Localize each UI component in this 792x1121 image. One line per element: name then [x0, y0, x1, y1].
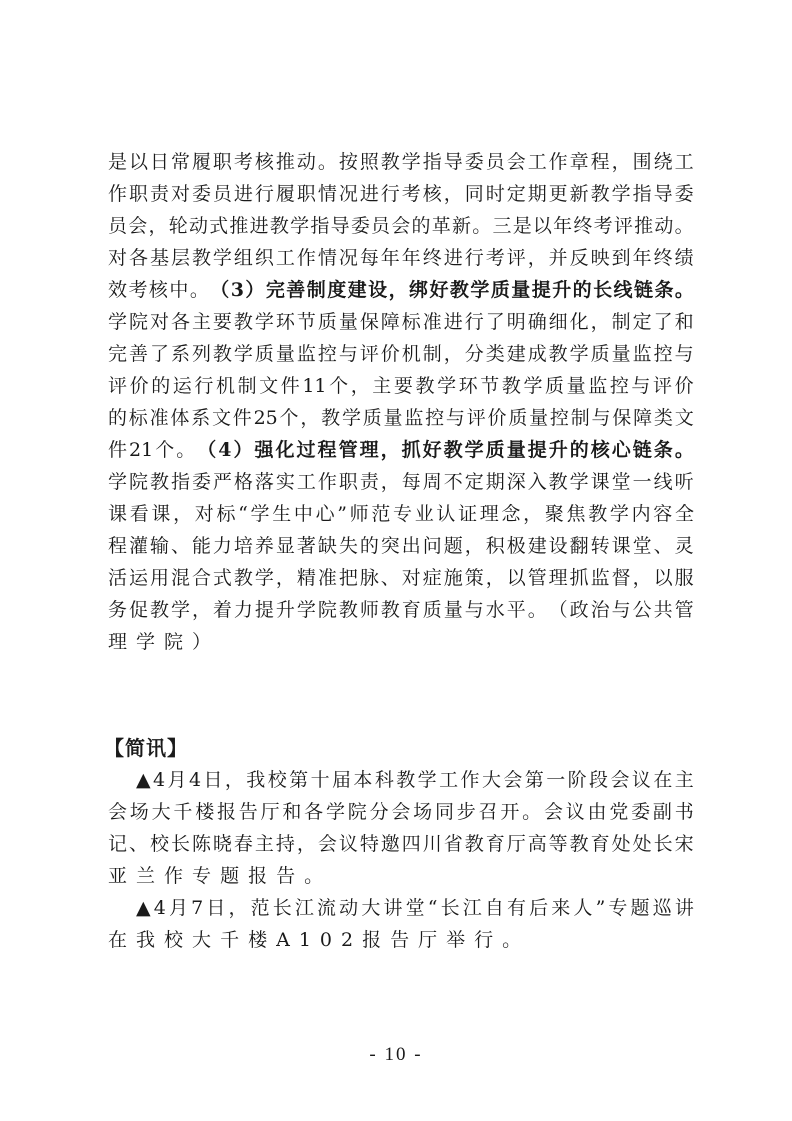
news-heading: 【简讯】 [104, 732, 188, 764]
news-item-line: 会场大千楼报告厅和各学院分会场同步召开。会议由党委副书 [108, 796, 694, 828]
body-text-line: 的标准体系文件25个，教学质量监控与评价质量控制与保障类文 [108, 402, 694, 434]
body-text-line: 学院对各主要教学环节质量保障标准进行了明确细化，制定了和 [108, 306, 694, 338]
body-text-line: 评价的运行机制文件11个，主要教学环节教学质量监控与评价 [108, 370, 694, 402]
news-item-line: 记、校长陈晓春主持，会议特邀四川省教育厅高等教育处处长宋 [108, 828, 694, 860]
news-item-line: 亚兰作专题报告。 [108, 860, 694, 892]
body-text-line: 程灌输、能力培养显著缺失的突出问题，积极建设翻转课堂、灵 [108, 530, 694, 562]
document-page: 是以日常履职考核推动。按照教学指导委员会工作章程，围绕工作职责对委员进行履职情况… [0, 0, 792, 1121]
body-text-line: 理学院） [108, 626, 694, 658]
body-text-line: 活运用混合式教学，精准把脉、对症施策，以管理抓监督，以服 [108, 562, 694, 594]
body-text-line: 作职责对委员进行履职情况进行考核，同时定期更新教学指导委 [108, 178, 694, 210]
body-text-line: 员会，轮动式推进教学指导委员会的革新。三是以年终考评推动。 [108, 210, 694, 242]
body-text-line: 课看课，对标“学生中心”师范专业认证理念，聚焦教学内容全 [108, 498, 694, 530]
news-item-line: ▲4月4日，我校第十届本科教学工作大会第一阶段会议在主 [136, 764, 694, 796]
body-text-line: 对各基层教学组织工作情况每年年终进行考评，并反映到年终绩 [108, 242, 694, 274]
body-text-line: 务促教学，着力提升学院教师教育质量与水平。（政治与公共管 [108, 594, 694, 626]
body-text-line: 是以日常履职考核推动。按照教学指导委员会工作章程，围绕工 [108, 146, 694, 178]
body-text-line: 件21个。（4）强化过程管理，抓好教学质量提升的核心链条。 [108, 434, 694, 466]
body-text-line: 效考核中。（3）完善制度建设，绑好教学质量提升的长线链条。 [108, 274, 694, 306]
news-item-line: 在我校大千楼A102报告厅举行。 [108, 924, 694, 956]
body-text-line: 完善了系列教学质量监控与评价机制，分类建成教学质量监控与 [108, 338, 694, 370]
page-number: - 10 - [0, 1044, 792, 1066]
body-text-line: 学院教指委严格落实工作职责，每周不定期深入教学课堂一线听 [108, 466, 694, 498]
news-item-line: ▲4月7日，范长江流动大讲堂“长江自有后来人”专题巡讲 [136, 892, 694, 924]
